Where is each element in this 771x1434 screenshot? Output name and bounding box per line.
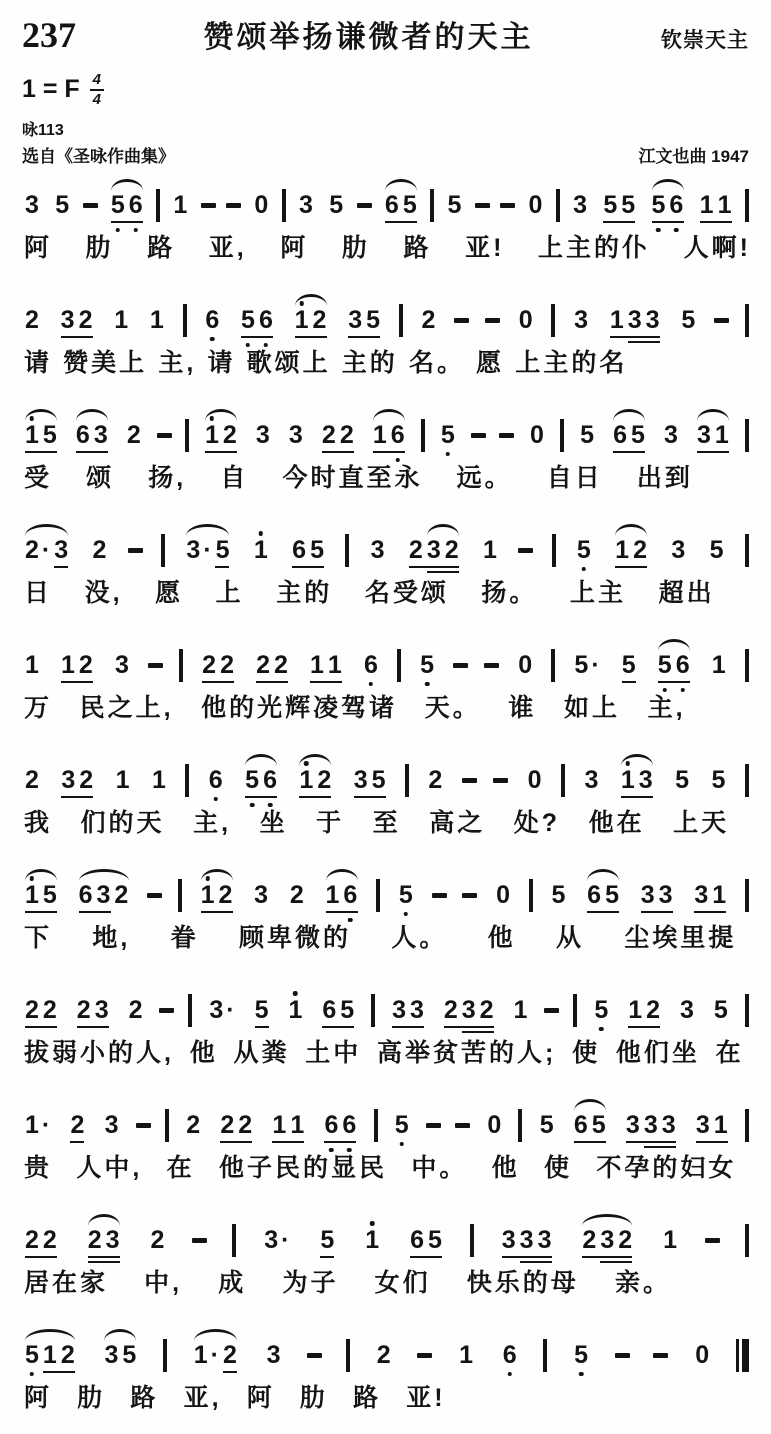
note-group: 2 <box>89 522 109 579</box>
note-digit: 2 <box>186 1113 200 1138</box>
note-group: 1 <box>362 1212 382 1269</box>
duration-dash <box>454 318 469 323</box>
octave-dot-low <box>348 918 353 923</box>
note: 2 <box>151 1228 165 1253</box>
underline <box>610 336 660 339</box>
note-group: 0 <box>251 177 271 234</box>
note: 6 <box>676 653 690 678</box>
underline <box>88 1256 120 1259</box>
note-group: 22 <box>22 1212 60 1269</box>
duration-dash <box>485 318 500 323</box>
note-group: 5· <box>571 637 602 694</box>
note-digit: 6 <box>324 1113 338 1138</box>
note: 1 <box>61 653 75 678</box>
note-digit: 5 <box>603 193 617 218</box>
note-digit: 2 <box>61 1343 75 1368</box>
note-digit: 5 <box>675 768 689 793</box>
note-digit: 2 <box>409 538 423 563</box>
note: 3· <box>209 998 234 1023</box>
underline <box>392 1026 424 1029</box>
octave-dot-low <box>264 343 269 348</box>
note: 5 <box>675 768 689 793</box>
note-digit: 0 <box>519 308 533 333</box>
note-digit: 5 <box>366 308 380 333</box>
note-group: 1 <box>147 292 167 349</box>
note-digit: 3 <box>256 423 270 448</box>
duration-dash <box>226 203 241 208</box>
lyric-token: 上 <box>216 577 244 609</box>
duration-dash <box>147 893 162 898</box>
note: 2 <box>25 1228 39 1253</box>
note-group: 63 <box>73 407 111 464</box>
note: 1 <box>610 308 624 333</box>
note-group: 3 <box>668 522 688 579</box>
barline <box>405 764 409 797</box>
note: 6 <box>613 423 627 448</box>
notes-row: 222323·51653332321 <box>22 1212 749 1269</box>
notes-row: 2·323·51653232151235 <box>22 522 749 579</box>
note-group: 333 <box>623 1097 679 1154</box>
note: 1· <box>25 1113 50 1138</box>
note-digit: 2 <box>202 653 216 678</box>
note-group: 1 <box>111 292 131 349</box>
duration-dash <box>201 203 216 208</box>
note-group: 31 <box>693 1097 731 1154</box>
note: 1 <box>254 538 268 563</box>
note: 1 <box>715 423 729 448</box>
duration-dash <box>518 548 533 553</box>
note-group: 5 <box>537 1097 557 1154</box>
augmentation-dot: · <box>42 1113 50 1138</box>
score-line: 11232222116505·5561万民之上,他的光辉凌驾诸天。谁如上主, <box>22 637 749 724</box>
note-digit: 2 <box>129 998 143 1023</box>
note-digit: 6 <box>343 883 357 908</box>
underline <box>621 796 653 799</box>
note-digit: 2 <box>151 1228 165 1253</box>
note-group: 133 <box>607 292 663 349</box>
note: 5 <box>245 768 259 793</box>
slur-arc <box>697 409 729 421</box>
lyric-token: 路 <box>353 1382 381 1414</box>
note: 1 <box>700 193 714 218</box>
note: 3 <box>392 998 406 1023</box>
double-underline <box>520 1261 552 1264</box>
note-digit: 3 <box>574 308 588 333</box>
note-group: 65 <box>571 1097 609 1154</box>
note-group: 1 <box>22 637 42 694</box>
duration-dash <box>544 1008 559 1013</box>
score-line: 2321165612352031355我们的天主,坐于至高之处?他在上天 <box>22 752 749 839</box>
note-group: 3 <box>368 522 388 579</box>
underline <box>320 1256 334 1259</box>
note: 1 <box>628 998 642 1023</box>
octave-dot-low <box>404 912 409 917</box>
underline <box>324 1141 356 1144</box>
note-digit: 3 <box>626 1113 640 1138</box>
note-group: 5 <box>708 752 728 809</box>
note: 2 <box>79 653 93 678</box>
underline <box>202 681 234 684</box>
note-digit: 2 <box>445 538 459 563</box>
note-digit: 3 <box>61 768 75 793</box>
note-digit: 3 <box>628 308 642 333</box>
note: 3 <box>639 768 653 793</box>
note-digit: 3 <box>94 423 108 448</box>
note: 3 <box>626 1113 640 1138</box>
note: 2 <box>290 883 304 908</box>
note-group: 6 <box>206 752 226 809</box>
note-digit: 2 <box>322 423 336 448</box>
note-group: 2 <box>67 1097 87 1154</box>
note: 2 <box>25 998 39 1023</box>
slur-arc <box>295 294 327 306</box>
note-group: 32 <box>58 292 96 349</box>
note-group: 333 <box>499 1212 555 1269</box>
barline <box>183 304 187 337</box>
note-group: 11 <box>697 177 735 234</box>
note: 5 <box>714 998 728 1023</box>
underline <box>696 1141 728 1144</box>
lyric-token: 扬, <box>148 462 186 494</box>
note: 3 <box>641 883 655 908</box>
slur-arc <box>201 869 233 881</box>
note-digit: 6 <box>391 423 405 448</box>
note: 2 <box>92 538 106 563</box>
note: 0 <box>254 193 268 218</box>
lyric-token: 高之 <box>429 807 485 839</box>
lyric-token: 肋 <box>342 232 370 264</box>
lyric-token: 自 <box>220 462 248 494</box>
note-digit: 5 <box>605 883 619 908</box>
note: 2 <box>43 1228 57 1253</box>
note: 3 <box>106 1228 120 1253</box>
note-group: 35 <box>351 752 389 809</box>
note: 5 <box>441 423 455 448</box>
note-digit: 1 <box>328 653 342 678</box>
note-group: 0 <box>515 637 535 694</box>
note-digit: 1 <box>615 538 629 563</box>
lyric-token: 阿 <box>24 232 52 264</box>
underline <box>322 451 354 454</box>
lyrics-row: 居在家中,成为子女们快乐的母亲。 <box>24 1267 671 1299</box>
note-digit: 5 <box>658 653 672 678</box>
lyric-token: 出到 <box>637 462 693 494</box>
note-digit: 1 <box>152 768 166 793</box>
note-digit: 0 <box>496 883 510 908</box>
note: 3 <box>267 1343 281 1368</box>
barline <box>156 189 160 222</box>
octave-dot-low <box>582 567 587 572</box>
octave-dot-low <box>214 797 219 802</box>
note-group: 232 <box>406 522 462 579</box>
double-underline <box>88 1261 120 1264</box>
note-group: 12 <box>198 867 236 924</box>
note-group: 66 <box>321 1097 359 1154</box>
note: 5 <box>420 653 434 678</box>
lyric-token: 他在 <box>589 807 645 839</box>
underline <box>299 796 331 799</box>
note: 1 <box>310 653 324 678</box>
note-group: 65 <box>407 1212 445 1269</box>
lyric-token: 愿 <box>155 577 183 609</box>
lyric-token: 他们坐 <box>616 1037 700 1069</box>
note-group: 11 <box>307 637 345 694</box>
note-group: 1·2 <box>191 1327 240 1384</box>
note-digit: 6 <box>209 768 223 793</box>
barline <box>179 649 183 682</box>
underline <box>25 1026 57 1029</box>
underline <box>354 796 386 799</box>
note: 5· <box>574 653 599 678</box>
note-group: 6 <box>361 637 381 694</box>
slur-arc <box>613 409 645 421</box>
note: 2 <box>274 653 288 678</box>
note: 6 <box>385 193 399 218</box>
note-digit: 1 <box>288 998 302 1023</box>
barline <box>560 419 564 452</box>
note: 2 <box>70 1113 84 1138</box>
note-digit: 5 <box>711 768 725 793</box>
lyric-token: 人中, <box>76 1152 142 1184</box>
note: 6 <box>292 538 306 563</box>
hymn-sheet-page: 237 赞颂举扬谦微者的天主 钦崇天主 1 = F 4 4 咏113 选自《圣咏… <box>0 0 771 1434</box>
note: 1 <box>663 1228 677 1253</box>
note-digit: 3 <box>105 1113 119 1138</box>
note: 3 <box>61 308 75 333</box>
lyric-token: 至 <box>373 807 401 839</box>
underline <box>694 911 726 914</box>
note: 2 <box>256 653 270 678</box>
note-digit: 6 <box>205 308 219 333</box>
underline <box>223 1371 237 1374</box>
underline <box>61 681 93 684</box>
octave-dot-low <box>329 1148 334 1153</box>
note-digit: 2 <box>25 1228 39 1253</box>
note: 1 <box>290 1113 304 1138</box>
note-digit: 3 <box>644 1113 658 1138</box>
note: 0 <box>518 653 532 678</box>
note: 3 <box>410 998 424 1023</box>
note-group: 12 <box>202 407 240 464</box>
note-digit: 5 <box>245 768 259 793</box>
note: 5 <box>580 423 594 448</box>
note-digit: 0 <box>254 193 268 218</box>
lyric-token: 名。 <box>409 347 465 379</box>
note: 5 <box>652 193 666 218</box>
lyrics-row: 万民之上,他的光辉凌驾诸天。谁如上主, <box>24 692 686 724</box>
barline <box>470 1224 474 1257</box>
duration-dash <box>714 318 729 323</box>
note-digit: 5 <box>580 423 594 448</box>
note-group: 65 <box>610 407 648 464</box>
barline <box>178 879 182 912</box>
note-group: 2 <box>22 292 42 349</box>
note-group: 632 <box>76 867 132 924</box>
note: 2 <box>77 998 91 1023</box>
note: 1 <box>328 653 342 678</box>
lyric-token: 亚! <box>465 232 504 264</box>
note: 2 <box>409 538 423 563</box>
barline <box>551 304 555 337</box>
augmentation-dot: · <box>591 653 599 678</box>
score-line: 1·2322211665056533331贵人中,在他子民的显民中。他使不孕的妇… <box>22 1097 749 1184</box>
note-digit: 1 <box>201 883 215 908</box>
note-group: 56 <box>242 752 280 809</box>
note-digit: 5 <box>447 193 461 218</box>
note-digit: 6 <box>410 1228 424 1253</box>
octave-dot-low <box>680 688 685 693</box>
barline <box>282 189 286 222</box>
note-digit: 2 <box>219 883 233 908</box>
note: 3 <box>600 1228 614 1253</box>
octave-dot-low <box>30 1372 35 1377</box>
underline <box>658 681 690 684</box>
notes-row: 222323·516533232151235 <box>22 982 749 1039</box>
note: 5 <box>366 308 380 333</box>
note-group: 1 <box>709 637 729 694</box>
note: 2· <box>25 538 50 563</box>
note-digit: 3 <box>186 538 200 563</box>
note-digit: 2 <box>377 1343 391 1368</box>
note-digit: 3 <box>371 538 385 563</box>
barline <box>552 534 556 567</box>
lyric-token: 阿 <box>24 1382 52 1414</box>
note-group: 0 <box>516 292 536 349</box>
note: 3 <box>115 653 129 678</box>
note-group: 22 <box>217 1097 255 1154</box>
note: 2 <box>25 768 39 793</box>
barline <box>232 1224 236 1257</box>
note-digit: 2 <box>444 998 458 1023</box>
octave-dot-low <box>268 803 273 808</box>
octave-dot-low <box>246 343 251 348</box>
duration-dash <box>426 1123 441 1128</box>
underline <box>272 1141 304 1144</box>
note-digit: 5 <box>399 883 413 908</box>
note: 3 <box>254 883 268 908</box>
lyric-token: 我 <box>24 807 52 839</box>
lyric-token: 拔弱小的人, <box>24 1037 174 1069</box>
note-digit: 1 <box>295 308 309 333</box>
note-group: 3· <box>261 1212 292 1269</box>
duration-dash <box>475 203 490 208</box>
note: 1 <box>483 538 497 563</box>
note-group: 2 <box>22 752 42 809</box>
octave-dot-low <box>395 458 400 463</box>
duration-dash <box>432 893 447 898</box>
note-digit: 5 <box>122 1343 136 1368</box>
note-digit: 1 <box>715 423 729 448</box>
note: 3 <box>697 423 711 448</box>
duration-dash <box>462 778 477 783</box>
note: 1 <box>43 1343 57 1368</box>
underline <box>409 566 459 569</box>
lyric-token: 肋 <box>86 232 114 264</box>
note-digit: 6 <box>342 1113 356 1138</box>
lyric-token: 亲。 <box>615 1267 671 1299</box>
note-group: 12 <box>625 982 663 1039</box>
note-group: 5 <box>574 522 594 579</box>
note: 5 <box>622 653 636 678</box>
note: 0 <box>695 1343 709 1368</box>
note-digit: 6 <box>322 998 336 1023</box>
note-digit: 5 <box>577 538 591 563</box>
note: 6 <box>209 768 223 793</box>
note: 5 <box>320 1228 334 1253</box>
slur-arc <box>205 409 237 421</box>
note-digit: 1 <box>310 653 324 678</box>
note-group: 15 <box>22 407 60 464</box>
barline <box>399 304 403 337</box>
octave-dot-low <box>674 228 679 233</box>
note: 6 <box>574 1113 588 1138</box>
note-group: 12 <box>612 522 650 579</box>
note-digit: 5 <box>428 1228 442 1253</box>
note: 3 <box>696 1113 710 1138</box>
lyric-token: 主, <box>193 807 231 839</box>
note: 2 <box>340 423 354 448</box>
note: 0 <box>496 883 510 908</box>
lyric-token: 愿 <box>476 347 504 379</box>
underline <box>25 1256 57 1259</box>
note-group: 13 <box>618 752 656 809</box>
underline <box>613 451 645 454</box>
note-group: 5 <box>326 177 346 234</box>
note: 3 <box>664 423 678 448</box>
octave-dot-low <box>599 1027 604 1032</box>
note: 6 <box>79 883 93 908</box>
lyric-token: 上主的仆 <box>538 232 650 264</box>
note-digit: 5 <box>420 653 434 678</box>
note-digit: 2 <box>127 423 141 448</box>
slur-arc <box>25 524 68 536</box>
note: 5 <box>310 538 324 563</box>
lyric-token: 万 <box>24 692 52 724</box>
note: 5 <box>43 883 57 908</box>
lyric-token: 日 <box>24 577 52 609</box>
note: 5 <box>631 423 645 448</box>
duration-dash <box>500 203 515 208</box>
note-group: 1· <box>22 1097 53 1154</box>
note-digit: 5 <box>216 538 230 563</box>
underline <box>54 566 68 569</box>
note: 5 <box>399 883 413 908</box>
slur-arc <box>111 179 143 191</box>
note-group: 3 <box>22 177 42 234</box>
underline <box>70 1141 84 1144</box>
lyric-token: 顾卑微的 <box>239 922 351 954</box>
note-group: 31 <box>691 867 729 924</box>
note-group: 1 <box>511 982 531 1039</box>
underline <box>587 911 619 914</box>
duration-dash <box>357 203 372 208</box>
note-group: 0 <box>527 407 547 464</box>
augmentation-dot: · <box>42 538 50 563</box>
barline <box>561 764 565 797</box>
note-digit: 3 <box>680 998 694 1023</box>
note: 1 <box>25 423 39 448</box>
underline <box>79 911 111 914</box>
duration-dash <box>148 663 163 668</box>
note-digit: 2 <box>223 1343 237 1368</box>
note-digit: 2 <box>422 308 436 333</box>
note-digit: 3 <box>639 768 653 793</box>
note-digit: 3 <box>54 538 68 563</box>
note-group: 5 <box>252 982 272 1039</box>
note: 2 <box>223 1343 237 1368</box>
note-digit: 2 <box>79 768 93 793</box>
lyric-token: 从 <box>556 922 584 954</box>
